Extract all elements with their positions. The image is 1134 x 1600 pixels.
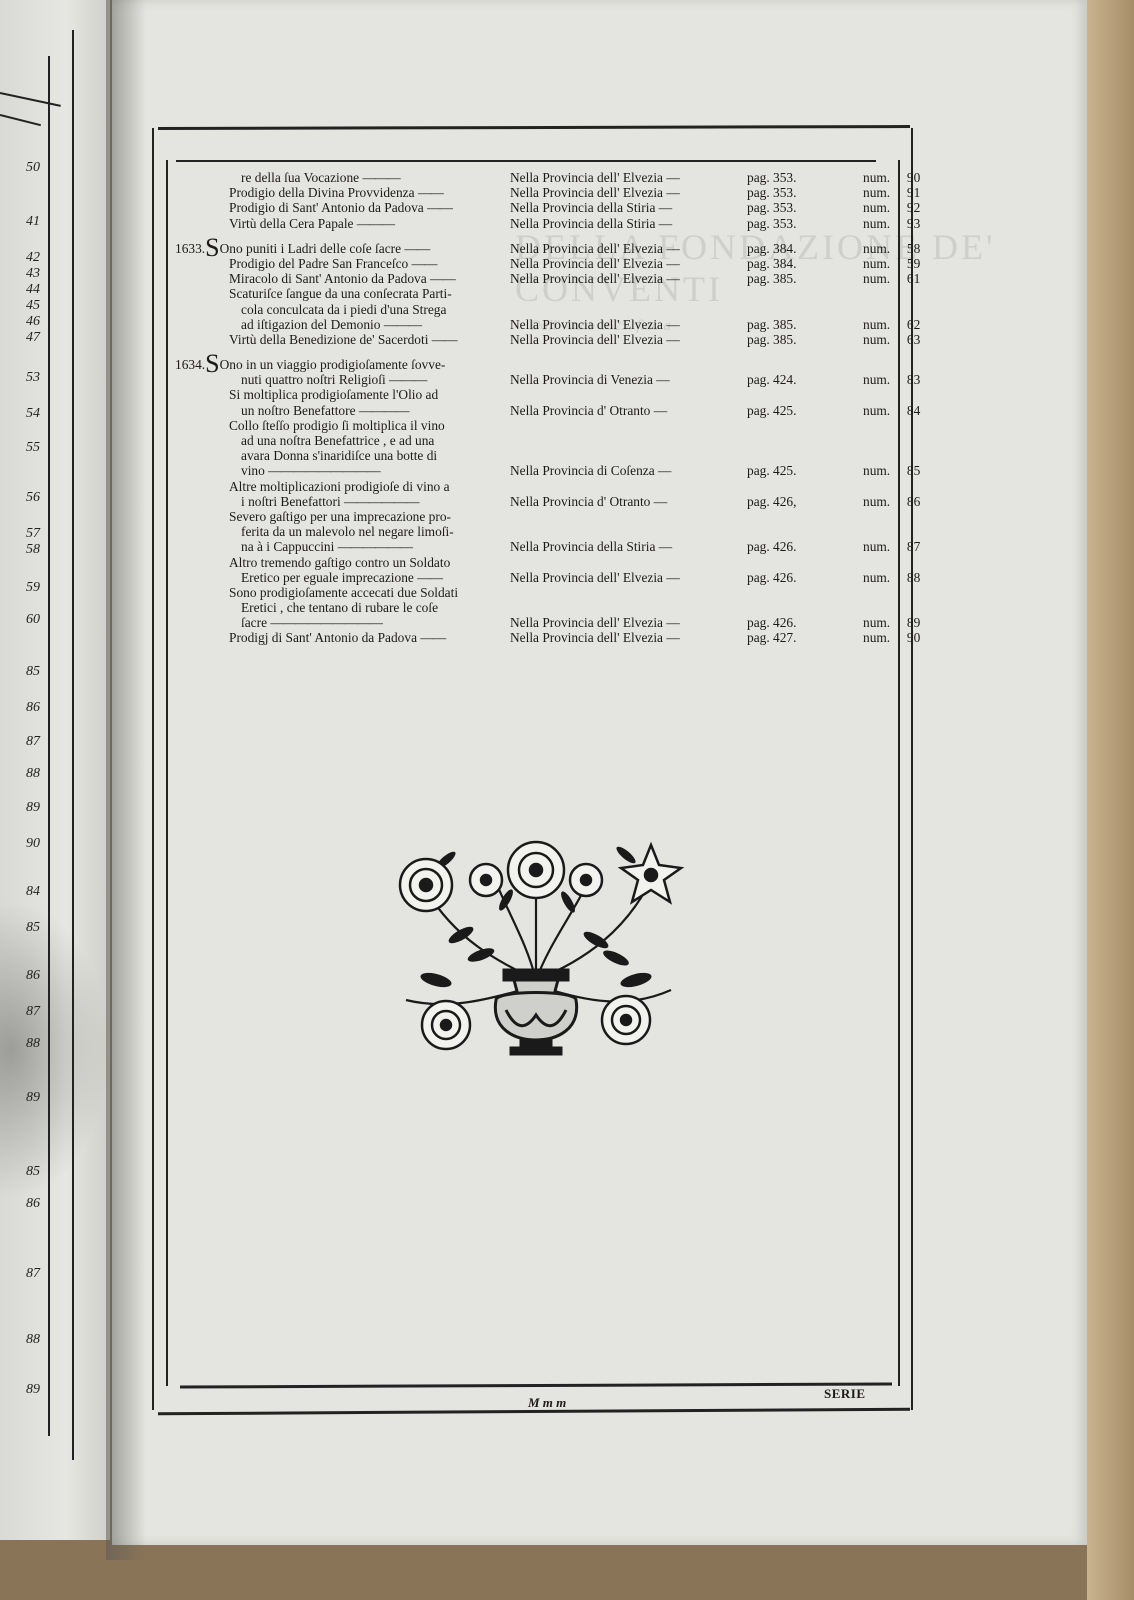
index-entry-line: Scaturiſce ſangue da una conſecrata Part… [175,286,890,301]
entry-description: un noſtro Benefattore [241,403,356,418]
leader-dash: —————— [338,539,412,554]
left-page-margin-number: 41 [8,214,40,230]
index-entry-line: ſacre —————————Nella Provincia dell' Elv… [175,615,890,630]
left-page-margin-number: 89 [8,800,40,816]
index-entry-line: Prodigio della Divina Provvidenza ——Nell… [175,185,890,200]
entry-number: num. 92 [863,200,920,215]
index-entry: Sono prodigioſamente accecati due Soldat… [175,585,890,631]
entry-page: pag. 424. [747,372,796,387]
num-label: num. [863,170,890,185]
catchword: SERIE [824,1386,866,1402]
index-entry: Prodigio della Divina Provvidenza ——Nell… [175,185,890,200]
index-entry-line: cola conculcata da i piedi d'una Strega [175,302,890,317]
left-page-margin-number: 59 [8,580,40,596]
left-page-margin-number: 85 [8,664,40,680]
entry-page: pag. 353. [747,200,796,215]
left-page-rule [0,114,41,126]
num-value: 86 [907,494,920,509]
entry-number: num. 63 [863,332,920,347]
entry-description: avara Donna s'inaridiſce una botte di [241,448,437,463]
entry-description: Prodigio di Sant' Antonio da Padova [229,200,424,215]
entry-province: Nella Provincia dell' Elvezia — [510,170,680,185]
left-page-margin-number: 84 [8,884,40,900]
index-entry-line: Prodigio di Sant' Antonio da Padova ——Ne… [175,200,890,215]
num-label: num. [863,570,890,585]
entry-page: pag. 425. [747,463,796,478]
left-page-margin-number: 50 [8,160,40,176]
index-entry-line: Miracolo di Sant' Antonio da Padova ——Ne… [175,271,890,286]
leader-dash: ——— [384,317,421,332]
index-entry-line: Virtù della Benedizione de' Sacerdoti ——… [175,332,890,347]
left-page-margin-number: 86 [8,700,40,716]
num-label: num. [863,185,890,200]
entry-number: num. 83 [863,372,920,387]
entry-number: num. 90 [863,170,920,185]
entry-province: Nella Provincia dell' Elvezia — [510,630,680,645]
left-page-margin-number: 89 [8,1382,40,1398]
entry-description: ferita da un malevolo nel negare limoſi- [241,524,454,539]
entry-description: vino [241,463,265,478]
leader-dash: —— [420,630,445,645]
entry-page: pag. 426, [747,494,796,509]
num-label: num. [863,332,890,347]
entry-province: Nella Provincia dell' Elvezia — [510,185,680,200]
index-entry: Prodigio di Sant' Antonio da Padova ——Ne… [175,200,890,215]
index-entry: 1633.SOno puniti i Ladri delle coſe ſacr… [175,241,890,256]
num-label: num. [863,372,890,387]
leader-dash: —— [404,241,429,256]
entry-page: pag. 385. [747,317,796,332]
num-value: 84 [907,403,920,418]
entry-number: num. 87 [863,539,920,554]
entry-description: Eretico per eguale imprecazione [241,570,414,585]
left-page-frame-rule [72,30,74,1460]
left-page-margin-number: 88 [8,1332,40,1348]
entry-province: Nella Provincia della Stiria — [510,216,672,231]
num-value: 93 [907,216,920,231]
gutter-shadow [106,0,146,1560]
entry-description: Scaturiſce ſangue da una conſecrata Part… [229,286,452,301]
entry-number: num. 58 [863,241,920,256]
index-entry-line: ad una noſtra Benefattrice , e ad una [175,433,890,448]
entry-description: Collo ſteſſo prodigio ſi moltiplica il v… [229,418,445,433]
entry-number: num. 85 [863,463,920,478]
num-label: num. [863,256,890,271]
num-label: num. [863,241,890,256]
left-page-margin-number: 46 [8,314,40,330]
index-entry-line: Eretici , che tentano di rubare le coſe [175,600,890,615]
index-entry-line: Sono prodigioſamente accecati due Soldat… [175,585,890,600]
left-page-margin-number: 60 [8,612,40,628]
entry-description: Virtù della Benedizione de' Sacerdoti [229,332,428,347]
entry-description: na à i Cappuccini [241,539,334,554]
entry-description: Altre moltiplicazioni prodigioſe di vino… [229,479,450,494]
index-entry-line: nuti quattro noſtri Religioſi ———Nella P… [175,372,890,387]
index-entry-line: Prodigio del Padre San Franceſco ——Nella… [175,256,890,271]
left-page-margin-number: 87 [8,1266,40,1282]
leader-dash: —— [432,332,457,347]
facing-page-left: 5041424344454647535455565758596085868788… [0,0,110,1540]
entry-page: pag. 384. [747,241,796,256]
entry-province: Nella Provincia d' Otranto — [510,403,667,418]
index-entry-line: ad iſtigazion del Demonio ———Nella Provi… [175,317,890,332]
left-page-margin-number: 88 [8,766,40,782]
entry-page: pag. 426. [747,539,796,554]
left-page-margin-number: 44 [8,282,40,298]
printer-signature: M m m [528,1395,566,1411]
entry-description: Prodigj di Sant' Antonio da Padova [229,630,417,645]
leader-dash: ——— [357,216,394,231]
entry-description: Severo gaſtigo per una imprecazione pro- [229,509,451,524]
entry-province: Nella Provincia dell' Elvezia — [510,271,680,286]
entry-number: num. 89 [863,615,920,630]
entry-number: num. 90 [863,630,920,645]
index-table: re della ſua Vocazione ———Nella Provinci… [175,170,890,646]
entry-province: Nella Provincia di Venezia — [510,372,670,387]
left-page-margin-number: 57 [8,526,40,542]
entry-page: pag. 426. [747,570,796,585]
index-entry-line: 1634.SOno in un viaggio prodigioſamente … [175,357,890,372]
index-entry: Prodigio del Padre San Franceſco ——Nella… [175,256,890,271]
index-entry-line: Si moltiplica prodigioſamente l'Olio ad [175,387,890,402]
entry-page: pag. 426. [747,615,796,630]
num-value: 83 [907,372,920,387]
index-entry: Miracolo di Sant' Antonio da Padova ——Ne… [175,271,890,286]
left-page-margin-number: 90 [8,836,40,852]
num-value: 59 [907,256,920,271]
num-value: 61 [907,271,920,286]
leader-dash: ————————— [268,463,380,478]
num-label: num. [863,200,890,215]
num-value: 58 [907,241,920,256]
entry-page: pag. 384. [747,256,796,271]
index-entry-line: Altre moltiplicazioni prodigioſe di vino… [175,479,890,494]
index-entry-line: Prodigj di Sant' Antonio da Padova ——Nel… [175,630,890,645]
left-page-margin-number: 55 [8,440,40,456]
entry-page: pag. 353. [747,185,796,200]
num-value: 62 [907,317,920,332]
entry-description: Ono puniti i Ladri delle coſe ſacre [220,241,401,256]
entry-page: pag. 427. [747,630,796,645]
entry-description: ad iſtigazion del Demonio [241,317,380,332]
entry-page: pag. 385. [747,271,796,286]
entry-province: Nella Provincia d' Otranto — [510,494,667,509]
leader-dash: —— [417,570,442,585]
num-label: num. [863,317,890,332]
left-page-margin-number: 87 [8,734,40,750]
index-entry: Virtù della Cera Papale ———Nella Provinc… [175,216,890,231]
leader-dash: —— [412,256,437,271]
index-entry-line: Eretico per eguale imprecazione ——Nella … [175,570,890,585]
leader-dash: —— [430,271,455,286]
left-page-frame-rule [48,56,50,1436]
left-page-margin-number: 54 [8,406,40,422]
entry-description: Prodigio del Padre San Franceſco [229,256,408,271]
entry-number: num. 93 [863,216,920,231]
entry-year: 1633. [175,241,205,256]
entry-number: num. 84 [863,403,920,418]
num-label: num. [863,615,890,630]
index-entry: Prodigj di Sant' Antonio da Padova ——Nel… [175,630,890,645]
left-page-margin-number: 56 [8,490,40,506]
num-value: 90 [907,630,920,645]
leader-dash: ————————— [270,615,382,630]
entry-province: Nella Provincia dell' Elvezia — [510,332,680,347]
leader-dash: ——— [389,372,426,387]
num-value: 92 [907,200,920,215]
index-entry-line: Severo gaſtigo per una imprecazione pro- [175,509,890,524]
entry-province: Nella Provincia di Coſenza — [510,463,671,478]
entry-number: num. 62 [863,317,920,332]
index-entry: Altro tremendo gaſtigo contro un Soldato… [175,555,890,585]
entry-description: nuti quattro noſtri Religioſi [241,372,386,387]
entry-description: re della ſua Vocazione [241,170,359,185]
index-entry-line: Collo ſteſſo prodigio ſi moltiplica il v… [175,418,890,433]
num-value: 90 [907,170,920,185]
entry-number: num. 88 [863,570,920,585]
entry-description: Virtù della Cera Papale [229,216,354,231]
leader-dash: —————— [344,494,418,509]
entry-province: Nella Provincia dell' Elvezia — [510,256,680,271]
entry-description: Sono prodigioſamente accecati due Soldat… [229,585,458,600]
entry-page: pag. 353. [747,216,796,231]
entry-description: Miracolo di Sant' Antonio da Padova [229,271,427,286]
leader-dash: —— [418,185,443,200]
flower-vase-woodcut-icon [386,830,686,1060]
entry-province: Nella Provincia dell' Elvezia — [510,317,680,332]
index-entry: Collo ſteſſo prodigio ſi moltiplica il v… [175,418,890,479]
entry-province: Nella Provincia della Stiria — [510,200,672,215]
entry-province: Nella Provincia della Stiria — [510,539,672,554]
leader-dash: ——— [362,170,399,185]
index-entry-line: na à i Cappuccini ——————Nella Provincia … [175,539,890,554]
leader-dash: —— [427,200,452,215]
entry-province: Nella Provincia dell' Elvezia — [510,570,680,585]
num-value: 87 [907,539,920,554]
index-entry-line: re della ſua Vocazione ———Nella Provinci… [175,170,890,185]
index-entry: 1634.SOno in un viaggio prodigioſamente … [175,357,890,387]
index-entry-line: avara Donna s'inaridiſce una botte di [175,448,890,463]
entry-number: num. 61 [863,271,920,286]
left-page-margin-number: 45 [8,298,40,314]
entry-description: Eretici , che tentano di rubare le coſe [241,600,438,615]
num-value: 85 [907,463,920,478]
index-entry: Scaturiſce ſangue da una conſecrata Part… [175,286,890,332]
index-entry-line: Altro tremendo gaſtigo contro un Soldato [175,555,890,570]
left-page-margin-number: 47 [8,330,40,346]
entry-page: pag. 385. [747,332,796,347]
index-entry: Virtù della Benedizione de' Sacerdoti ——… [175,332,890,347]
num-label: num. [863,463,890,478]
index-entry: Altre moltiplicazioni prodigioſe di vino… [175,479,890,509]
left-page-margin-number: 42 [8,250,40,266]
entry-number: num. 86 [863,494,920,509]
num-value: 91 [907,185,920,200]
num-label: num. [863,539,890,554]
left-page-margin-number: 58 [8,542,40,558]
num-label: num. [863,403,890,418]
num-value: 63 [907,332,920,347]
index-entry: Si moltiplica prodigioſamente l'Olio adu… [175,387,890,417]
index-entry: re della ſua Vocazione ———Nella Provinci… [175,170,890,185]
index-entry-line: vino —————————Nella Provincia di Coſenza… [175,463,890,478]
entry-province: Nella Provincia dell' Elvezia — [510,615,680,630]
index-entry-line: ferita da un malevolo nel negare limoſi- [175,524,890,539]
entry-number: num. 91 [863,185,920,200]
entry-description: Prodigio della Divina Provvidenza [229,185,415,200]
index-entry: Severo gaſtigo per una imprecazione pro-… [175,509,890,555]
leader-dash: ———— [359,403,409,418]
num-label: num. [863,271,890,286]
entry-number: num. 59 [863,256,920,271]
index-entry-line: un noſtro Benefattore ————Nella Provinci… [175,403,890,418]
num-value: 88 [907,570,920,585]
entry-description: Ono in un viaggio prodigioſamente ſovve- [220,357,446,372]
index-entry-line: 1633.SOno puniti i Ladri delle coſe ſacr… [175,241,890,256]
entry-description: cola conculcata da i piedi d'una Strega [241,302,446,317]
left-page-margin-number: 43 [8,266,40,282]
entry-description: Si moltiplica prodigioſamente l'Olio ad [229,387,438,402]
num-value: 89 [907,615,920,630]
entry-description: ſacre [241,615,267,630]
entry-description: Altro tremendo gaſtigo contro un Soldato [229,555,450,570]
num-label: num. [863,630,890,645]
num-label: num. [863,494,890,509]
entry-description: i noſtri Benefattori [241,494,341,509]
entry-description: ad una noſtra Benefattrice , e ad una [241,433,434,448]
entry-year: 1634. [175,357,205,372]
index-entry-line: i noſtri Benefattori ——————Nella Provinc… [175,494,890,509]
entry-page: pag. 425. [747,403,796,418]
entry-page: pag. 353. [747,170,796,185]
index-entry-line: Virtù della Cera Papale ———Nella Provinc… [175,216,890,231]
left-page-margin-number: 53 [8,370,40,386]
left-page-rule [0,92,61,107]
num-label: num. [863,216,890,231]
entry-province: Nella Provincia dell' Elvezia — [510,241,680,256]
thumb-shadow [0,900,110,1200]
